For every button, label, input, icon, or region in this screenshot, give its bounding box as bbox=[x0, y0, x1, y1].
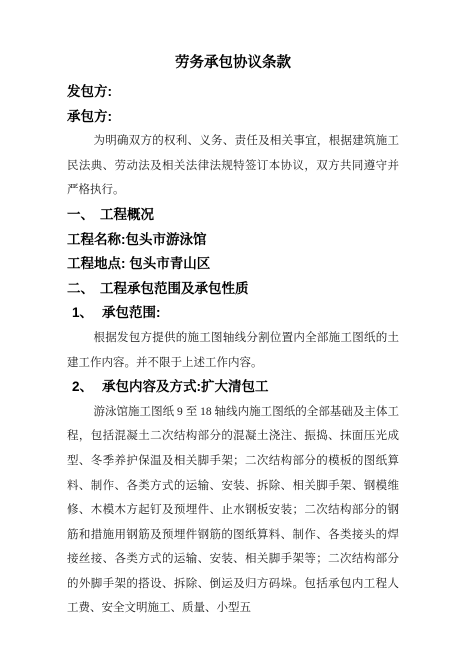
section-1-title: 工程概况 bbox=[100, 207, 154, 222]
section-2-heading: 二、工程承包范围及承包性质 bbox=[67, 277, 399, 302]
section-2-number: 二、 bbox=[67, 277, 100, 302]
item-1-heading: 1、承包范围: bbox=[67, 301, 399, 326]
item-2-title: 承包内容及方式:扩大清包工 bbox=[102, 379, 269, 394]
project-name-line: 工程名称:包头市游泳馆 bbox=[67, 228, 399, 253]
section-1-number: 一、 bbox=[67, 203, 100, 228]
document-title: 劳务承包协议条款 bbox=[67, 50, 399, 76]
item-2-paragraph: 游泳馆施工图纸 9 至 18 轴线内施工图纸的全部基础及主体工程，包括混凝土二次… bbox=[67, 400, 399, 621]
party-b-label: 承包方: bbox=[67, 105, 399, 130]
item-1-title: 承包范围: bbox=[102, 305, 161, 320]
item-2-heading: 2、承包内容及方式:扩大清包工 bbox=[67, 375, 399, 400]
project-location-line: 工程地点: 包头市青山区 bbox=[67, 252, 399, 277]
section-1-heading: 一、工程概况 bbox=[67, 203, 399, 228]
party-a-label: 发包方: bbox=[67, 80, 399, 105]
item-1-paragraph: 根据发包方提供的施工图轴线分割位置内全部施工图纸的土建工作内容。并不限于上述工作… bbox=[67, 326, 399, 375]
item-1-number: 1、 bbox=[72, 301, 102, 326]
preamble-paragraph: 为明确双方的权利、义务、责任及相关事宜，根据建筑施工民法典、劳动法及相关法律法规… bbox=[67, 129, 399, 203]
section-2-title: 工程承包范围及承包性质 bbox=[100, 281, 249, 296]
document-page: 劳务承包协议条款 发包方: 承包方: 为明确双方的权利、义务、责任及相关事宜，根… bbox=[0, 0, 463, 655]
item-2-number: 2、 bbox=[72, 375, 102, 400]
